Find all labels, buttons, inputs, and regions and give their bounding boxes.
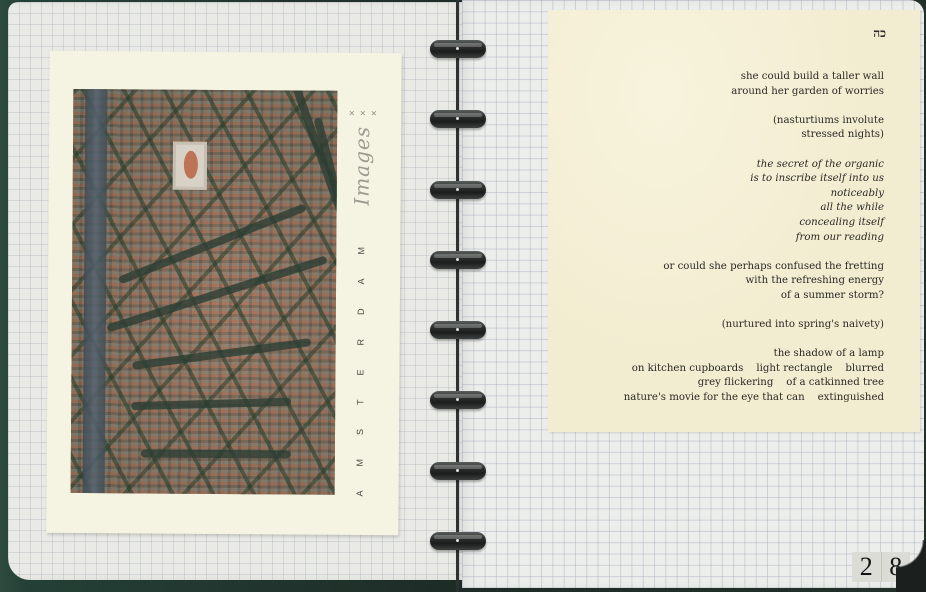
poem-line: nature's movie for the eye that can exti… — [564, 391, 884, 406]
poem-stanza: (nurtured into spring's naivety) — [564, 318, 884, 333]
binder-ring — [430, 40, 486, 58]
left-page: × × × Images AMSTERDAM — [8, 2, 464, 580]
poem-sheet: כה she could build a taller wallaround h… — [548, 10, 920, 432]
page-number-digit: 2 — [852, 552, 882, 582]
poem-line: she could build a taller wall — [564, 70, 884, 85]
poem-line: or could she perhaps confused the fretti… — [564, 260, 884, 275]
poem-line: (nurtured into spring's naivety) — [564, 318, 884, 333]
river — [83, 89, 108, 493]
poem-line: with the refreshing energy — [564, 274, 884, 289]
binder-ring — [430, 110, 486, 128]
poem-line: on kitchen cupboards light rectangle blu… — [564, 362, 884, 377]
city-name: AMSTERDAM — [355, 223, 367, 497]
binder-spine — [456, 0, 459, 592]
poem-line: of a summer storm? — [564, 289, 884, 304]
binder-ring — [430, 532, 486, 550]
canal — [106, 255, 328, 332]
poem-line: around her garden of worries — [564, 85, 884, 100]
poem-line: noticeably — [564, 187, 884, 202]
binder-ring — [430, 251, 486, 269]
poem-line: is to inscribe itself into us — [564, 172, 884, 187]
page-corner-shadow — [896, 540, 926, 592]
poem-stanza: the shadow of a lampon kitchen cupboards… — [564, 347, 884, 405]
poem-stanza: or could she perhaps confused the fretti… — [564, 260, 884, 304]
poem-stanza: (nasturtiums involutestressed nights) — [564, 114, 884, 143]
canal — [141, 449, 291, 458]
canal — [131, 398, 291, 410]
binder-ring — [430, 462, 486, 480]
binder-ring — [430, 181, 486, 199]
amsterdam-postcard: × × × Images AMSTERDAM — [46, 51, 401, 535]
poem-stanza: the secret of the organicis to inscribe … — [564, 158, 884, 246]
poem-line: stressed nights) — [564, 128, 884, 143]
binder-ring — [430, 321, 486, 339]
binder-ring — [430, 391, 486, 409]
aerial-photo — [71, 89, 338, 495]
cross-marks: × × × — [346, 93, 379, 118]
poem-stanza: she could build a taller wallaround her … — [564, 70, 884, 99]
postcard-vertical-label: × × × Images AMSTERDAM — [347, 93, 376, 497]
poem-line: the shadow of a lamp — [564, 347, 884, 362]
poem-line: from our reading — [564, 231, 884, 246]
central-station-landmark — [173, 142, 207, 190]
hebrew-numeral: כה — [873, 26, 886, 41]
notebook-scene: × × × Images AMSTERDAM כה she could buil… — [0, 0, 926, 592]
poem-line: grey flickering of a catkinned tree — [564, 376, 884, 391]
poem-line: concealing itself — [564, 216, 884, 231]
poem-line: the secret of the organic — [564, 158, 884, 173]
poem-line: (nasturtiums involute — [564, 114, 884, 129]
canal — [132, 338, 311, 370]
poem-line: all the while — [564, 201, 884, 216]
postcard-faint-print — [137, 71, 227, 82]
images-script-text: Images — [350, 126, 375, 206]
poem-body: she could build a taller wallaround her … — [564, 70, 884, 420]
